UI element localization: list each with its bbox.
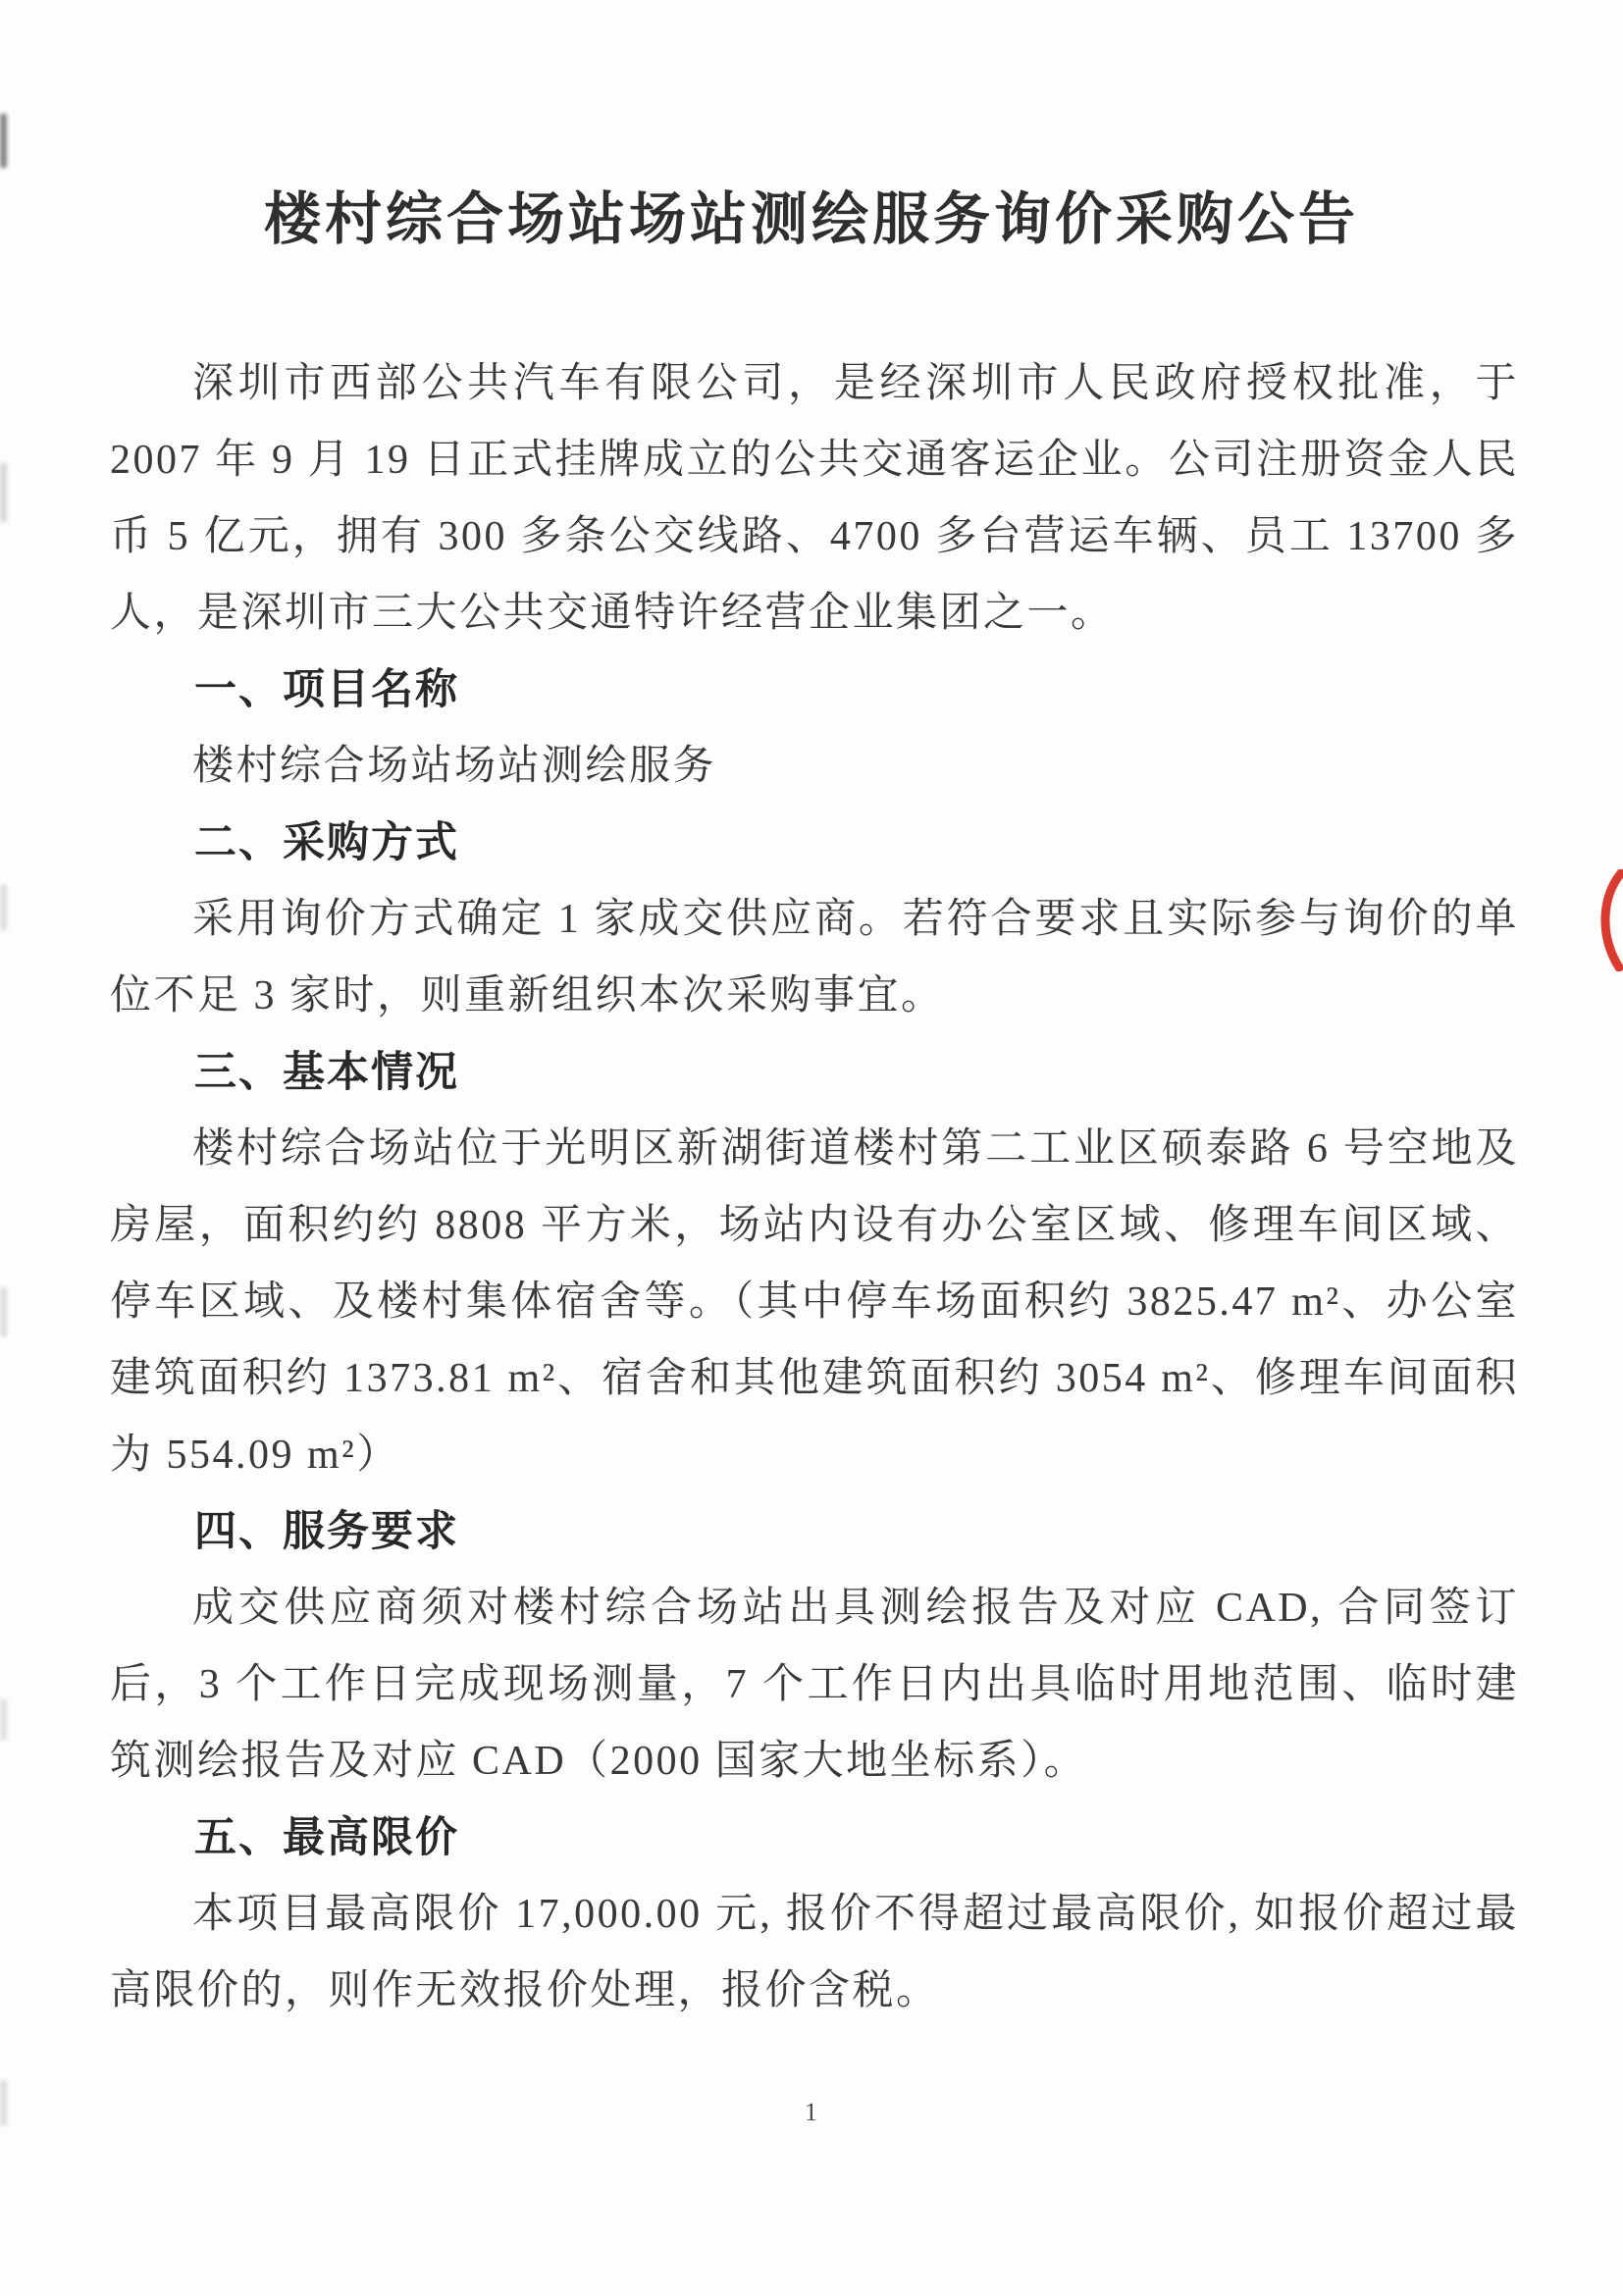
section-heading-max-price: 五、最高限价	[110, 1800, 1519, 1876]
scan-artifact	[0, 114, 7, 168]
section-heading-project-name: 一、项目名称	[110, 652, 1519, 728]
section-heading-service-requirements: 四、服务要求	[110, 1493, 1519, 1570]
paragraph-basic-info: 楼村综合场站位于光明区新湖街道楼村第二工业区硕泰路 6 号空地及房屋，面积约约 …	[110, 1111, 1519, 1493]
red-seal-stroke	[1605, 873, 1621, 967]
document-page: 楼村综合场站场站测绘服务询价采购公告 深圳市西部公共汽车有限公司，是经深圳市人民…	[0, 0, 1623, 2296]
scan-artifact	[0, 885, 7, 930]
paragraph-service-requirements: 成交供应商须对楼村综合场站出具测绘报告及对应 CAD, 合同签订后，3 个工作日…	[110, 1570, 1519, 1800]
document-body: 深圳市西部公共汽车有限公司，是经深圳市人民政府授权批准，于 2007 年 9 月…	[110, 345, 1519, 2029]
paragraph-project-name: 楼村综合场站场站测绘服务	[110, 728, 1519, 805]
document-title: 楼村综合场站场站测绘服务询价采购公告	[0, 184, 1623, 255]
scan-artifact	[0, 1699, 7, 1741]
section-heading-procurement-method: 二、采购方式	[110, 805, 1519, 881]
red-seal-fragment	[1596, 869, 1623, 971]
paragraph-procurement-method: 采用询价方式确定 1 家成交供应商。若符合要求且实际参与询价的单位不足 3 家时…	[110, 881, 1519, 1034]
section-heading-basic-info: 三、基本情况	[110, 1034, 1519, 1111]
scan-artifact	[0, 1287, 7, 1336]
paragraph-company-intro: 深圳市西部公共汽车有限公司，是经深圳市人民政府授权批准，于 2007 年 9 月…	[110, 345, 1519, 652]
page-number: 1	[0, 2098, 1623, 2127]
paragraph-max-price: 本项目最高限价 17,000.00 元, 报价不得超过最高限价, 如报价超过最高…	[110, 1876, 1519, 2029]
scan-artifact	[0, 463, 7, 522]
